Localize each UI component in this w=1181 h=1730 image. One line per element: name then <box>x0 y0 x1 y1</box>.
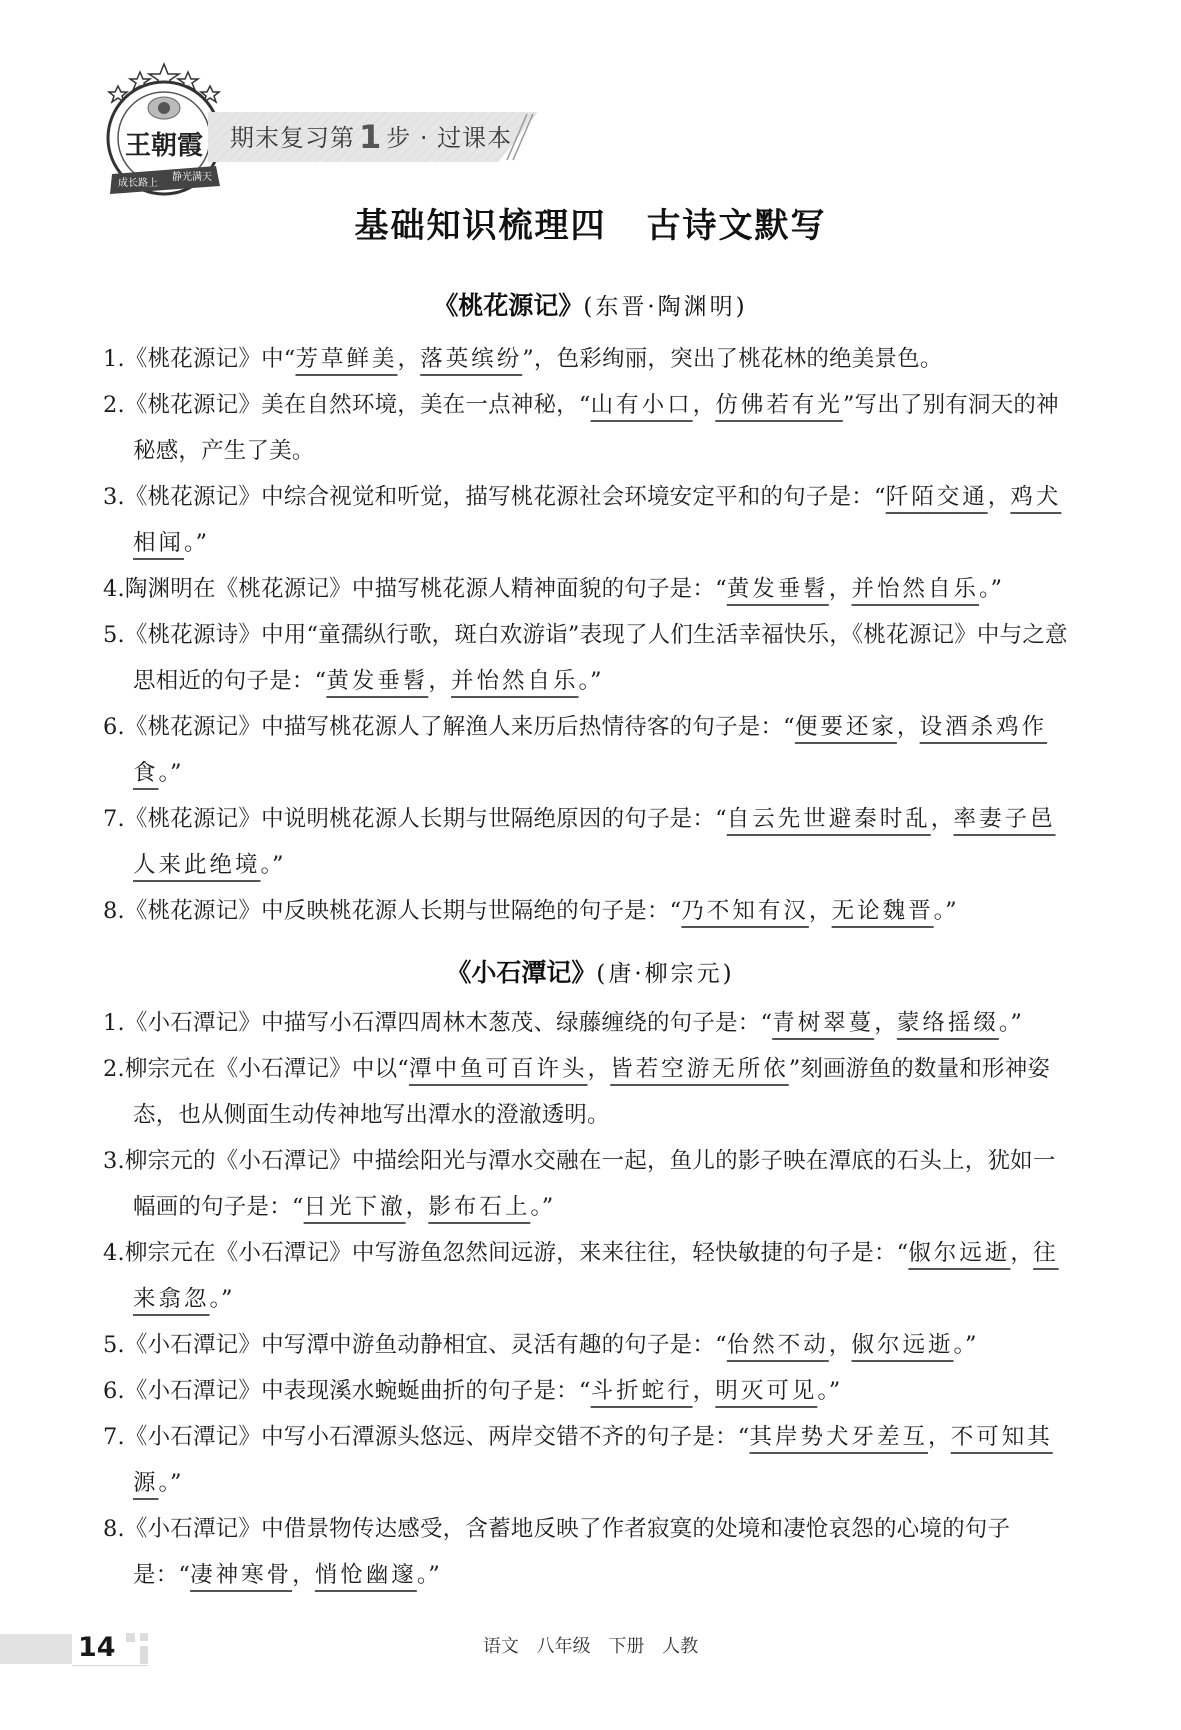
item-number: 6. <box>103 714 125 740</box>
item-number: 6. <box>103 1378 125 1404</box>
question-text: ， <box>398 346 421 372</box>
question-text: 《桃花源记》美在自然环境，美在一点神秘，“ <box>125 392 591 418</box>
svg-text:静光满天: 静光满天 <box>172 170 212 183</box>
answer-blank: 并怡然自乐 <box>451 668 579 694</box>
question-text: 。” <box>417 1562 440 1588</box>
question-text: 《小石潭记》中写小石潭源头悠远、两岸交错不齐的句子是：“ <box>125 1424 750 1450</box>
question-text: ， <box>829 1332 852 1358</box>
answer-blank: 黄发垂髫 <box>727 576 829 602</box>
item-number: 2. <box>103 392 125 418</box>
list-item: 8.《桃花源记》中反映桃花源人长期与世隔绝的句子是：“乃不知有汉，无论魏晋。” <box>103 888 1078 934</box>
list-item: 2.柳宗元在《小石潭记》中以“潭中鱼可百许头，皆若空游无所依”刻画游鱼的数量和形… <box>103 1046 1078 1138</box>
question-text: 《小石潭记》中写潭中游鱼动静相宜、灵活有趣的句子是：“ <box>125 1332 727 1358</box>
question-text: 《桃花源记》中描写桃花源人了解渔人来历后热情待客的句子是：“ <box>125 714 795 740</box>
question-text: ， <box>406 1194 429 1220</box>
step-number: 1 <box>359 118 382 156</box>
question-text: 。” <box>159 1470 182 1496</box>
section-items-xiaoshitanji: 1.《小石潭记》中描写小石潭四周林木葱茂、绿藤缠绕的句子是：“青树翠蔓，蒙络摇缀… <box>103 1000 1078 1598</box>
answer-blank: 乃不知有汉 <box>681 898 809 924</box>
question-text: 柳宗元在《小石潭记》中以“ <box>125 1056 409 1082</box>
answer-blank: 俶尔远逝 <box>852 1332 954 1358</box>
question-text: ”，色彩绚丽，突出了桃花林的绝美景色。 <box>522 346 942 372</box>
item-number: 7. <box>103 1424 125 1450</box>
item-number: 1. <box>103 346 125 372</box>
question-text: 陶渊明在《桃花源记》中描写桃花源人精神面貌的句子是：“ <box>125 576 727 602</box>
item-number: 4. <box>103 1240 125 1266</box>
answer-blank: 影布石上 <box>428 1194 530 1220</box>
question-text: 柳宗元在《小石潭记》中写游鱼忽然间远游，来来往往，轻快敏捷的句子是：“ <box>125 1240 909 1266</box>
answer-blank: 凄神寒骨 <box>190 1562 292 1588</box>
banner-prefix: 期末复习第 <box>230 124 355 152</box>
question-text: ， <box>292 1562 315 1588</box>
item-number: 3. <box>103 484 125 510</box>
section-work-title: 《小石潭记》 <box>446 958 596 987</box>
question-text: 。” <box>817 1378 840 1404</box>
item-number: 4. <box>103 576 125 602</box>
question-text: ， <box>693 1378 716 1404</box>
question-text: 。” <box>210 1286 233 1312</box>
question-text: ， <box>874 1010 897 1036</box>
answer-blank: 并怡然自乐 <box>852 576 980 602</box>
question-text: ， <box>1010 1240 1033 1266</box>
answer-blank: 皆若空游无所依 <box>610 1056 789 1082</box>
section-title-taohuayuanji: 《桃花源记》(东晋·陶渊明) <box>0 286 1181 322</box>
list-item: 8.《小石潭记》中借景物传达感受，含蓄地反映了作者寂寞的处境和凄怆哀怨的心境的句… <box>103 1506 1078 1598</box>
question-text: 。” <box>530 1194 553 1220</box>
question-text: 《小石潭记》中表现溪水蜿蜒曲折的句子是：“ <box>125 1378 591 1404</box>
item-number: 8. <box>103 898 125 924</box>
item-number: 3. <box>103 1148 125 1174</box>
answer-blank: 芳草鲜美 <box>295 346 397 372</box>
answer-blank: 俶尔远逝 <box>908 1240 1010 1266</box>
question-text: ， <box>693 392 716 418</box>
page-title-part1: 基础知识梳理四 <box>355 206 607 246</box>
question-text: 《桃花源记》中说明桃花源人长期与世隔绝原因的句子是：“ <box>125 806 727 832</box>
answer-blank: 仿佛若有光 <box>715 392 843 418</box>
list-item: 5.《桃花源诗》中用“童孺纵行歌，斑白欢游诣”表现了人们生活幸福快乐，《桃花源记… <box>103 612 1078 704</box>
section-title-xiaoshitanji: 《小石潭记》(唐·柳宗元) <box>0 953 1181 989</box>
list-item: 1.《小石潭记》中描写小石潭四周林木葱茂、绿藤缠绕的句子是：“青树翠蔓，蒙络摇缀… <box>103 1000 1078 1046</box>
question-text: 。” <box>954 1332 977 1358</box>
item-number: 5. <box>103 622 125 648</box>
list-item: 3.柳宗元的《小石潭记》中描绘阳光与潭水交融在一起，鱼儿的影子映在潭底的石头上，… <box>103 1138 1078 1230</box>
answer-blank: 山有小口 <box>591 392 693 418</box>
list-item: 1.《桃花源记》中“芳草鲜美，落英缤纷”，色彩绚丽，突出了桃花林的绝美景色。 <box>103 336 1078 382</box>
question-text: ， <box>829 576 852 602</box>
question-text: ， <box>897 714 920 740</box>
section-items-taohuayuanji: 1.《桃花源记》中“芳草鲜美，落英缤纷”，色彩绚丽，突出了桃花林的绝美景色。2.… <box>103 336 1078 934</box>
answer-blank: 潭中鱼可百许头 <box>409 1056 588 1082</box>
question-text: ， <box>988 484 1011 510</box>
item-number: 7. <box>103 806 125 832</box>
question-text: 。” <box>261 852 284 878</box>
list-item: 5.《小石潭记》中写潭中游鱼动静相宜、灵活有趣的句子是：“佁然不动，俶尔远逝。” <box>103 1322 1078 1368</box>
answer-blank: 自云先世避秦时乱 <box>727 806 931 832</box>
answer-blank: 日光下澈 <box>304 1194 406 1220</box>
answer-blank: 其岸势犬牙差互 <box>749 1424 928 1450</box>
section-work-title: 《桃花源记》 <box>433 291 583 320</box>
item-number: 8. <box>103 1516 125 1542</box>
list-item: 3.《桃花源记》中综合视觉和听觉，描写桃花源社会环境安定平和的句子是：“阡陌交通… <box>103 474 1078 566</box>
svg-text:成长路上: 成长路上 <box>118 176 158 189</box>
list-item: 7.《小石潭记》中写小石潭源头悠远、两岸交错不齐的句子是：“其岸势犬牙差互，不可… <box>103 1414 1078 1506</box>
answer-blank: 落英缤纷 <box>420 346 522 372</box>
list-item: 6.《桃花源记》中描写桃花源人了解渔人来历后热情待客的句子是：“便要还家，设酒杀… <box>103 704 1078 796</box>
svg-text:王朝霞: 王朝霞 <box>125 131 203 161</box>
question-text: 柳宗元的《小石潭记》中描绘阳光与潭水交融在一起，鱼儿的影子映在潭底的石头上，犹如… <box>125 1148 1056 1220</box>
list-item: 2.《桃花源记》美在自然环境，美在一点神秘，“山有小口，仿佛若有光”写出了别有洞… <box>103 382 1078 474</box>
page-title-part2: 古诗文默写 <box>647 206 827 246</box>
question-text: 。” <box>159 760 182 786</box>
page-title: 基础知识梳理四古诗文默写 <box>0 198 1181 247</box>
question-text: 。” <box>579 668 602 694</box>
answer-blank: 便要还家 <box>795 714 897 740</box>
question-text: 。” <box>184 530 207 556</box>
list-item: 4.柳宗元在《小石潭记》中写游鱼忽然间远游，来来往往，轻快敏捷的句子是：“俶尔远… <box>103 1230 1078 1322</box>
question-text: 《桃花源记》中综合视觉和听觉，描写桃花源社会环境安定平和的句子是：“ <box>125 484 886 510</box>
question-text: 。” <box>979 576 1002 602</box>
question-text: 《桃花源记》中“ <box>125 346 296 372</box>
list-item: 6.《小石潭记》中表现溪水蜿蜒曲折的句子是：“斗折蛇行，明灭可见。” <box>103 1368 1078 1414</box>
answer-blank: 黄发垂髫 <box>326 668 428 694</box>
question-text: ， <box>428 668 451 694</box>
section-author: (唐·柳宗元) <box>596 961 734 987</box>
question-text: ， <box>809 898 832 924</box>
book-info: 语文 八年级 下册 人教 <box>0 1632 1181 1658</box>
answer-blank: 蒙络摇缀 <box>897 1010 999 1036</box>
question-text: 《桃花源记》中反映桃花源人长期与世隔绝的句子是：“ <box>125 898 682 924</box>
answer-blank: 青树翠蔓 <box>772 1010 874 1036</box>
question-text: ， <box>588 1056 611 1082</box>
answer-blank: 斗折蛇行 <box>591 1378 693 1404</box>
list-item: 4.陶渊明在《桃花源记》中描写桃花源人精神面貌的句子是：“黄发垂髫，并怡然自乐。… <box>103 566 1078 612</box>
answer-blank: 明灭可见 <box>715 1378 817 1404</box>
list-item: 7.《桃花源记》中说明桃花源人长期与世隔绝原因的句子是：“自云先世避秦时乱，率妻… <box>103 796 1078 888</box>
banner-suffix: 步 · 过课本 <box>386 124 512 152</box>
answer-blank: 悄怆幽邃 <box>315 1562 417 1588</box>
banner-title: 期末复习第1步 · 过课本 <box>230 117 512 157</box>
question-text: 。” <box>999 1010 1022 1036</box>
item-number: 1. <box>103 1010 125 1036</box>
question-text: ， <box>931 806 954 832</box>
question-text: 《小石潭记》中描写小石潭四周林木葱茂、绿藤缠绕的句子是：“ <box>125 1010 772 1036</box>
question-text: ， <box>928 1424 951 1450</box>
answer-blank: 无论魏晋 <box>832 898 934 924</box>
item-number: 2. <box>103 1056 125 1082</box>
answer-blank: 阡陌交通 <box>886 484 988 510</box>
item-number: 5. <box>103 1332 125 1358</box>
answer-blank: 佁然不动 <box>727 1332 829 1358</box>
question-text: 。” <box>934 898 957 924</box>
section-author: (东晋·陶渊明) <box>583 294 747 320</box>
